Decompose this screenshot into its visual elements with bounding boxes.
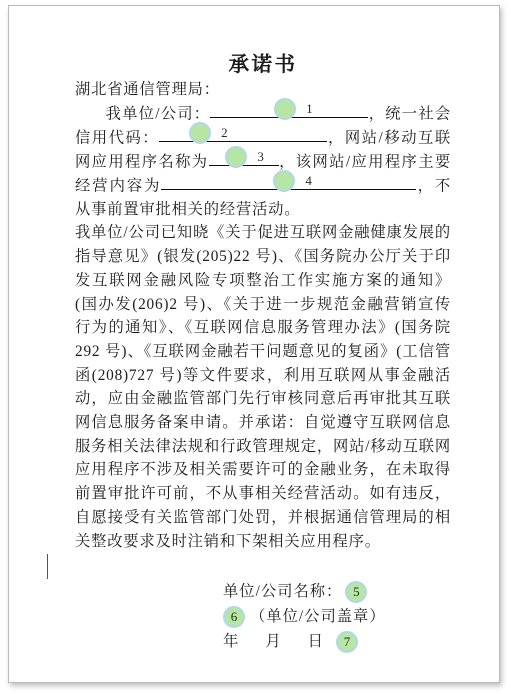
company-name-label: 单位/公司名称： [223,583,342,600]
sig-date-line: 年月日7 [223,629,451,654]
day-label: 日 [308,633,324,650]
marker-5: 5 [345,581,367,603]
marker-7: 7 [336,631,358,653]
document-page: 承诺书 湖北省通信管理局： 我单位/公司：1，统一社会信用代码：2，网站/移动互… [8,5,500,683]
document-title: 承诺书 [75,52,451,78]
sig-name-line: 单位/公司名称：5 [223,579,451,604]
marker-1: 1 [274,98,296,120]
intro-seg1: 我单位/公司： [106,105,211,122]
commitment-paragraph: 我单位/公司已知晓《关于促进互联网金融健康发展的指导意见》(银发(205)22 … [75,221,451,553]
app-name-field[interactable]: 3 [209,150,279,166]
marker-2: 2 [189,122,211,144]
business-content-field[interactable]: 4 [161,174,416,190]
sig-seal-line: 6（单位/公司盖章） [223,604,451,629]
signature-block: 单位/公司名称：5 6（单位/公司盖章） 年月日7 [223,579,451,654]
marker-6: 6 [223,606,245,628]
company-name-field[interactable]: 1 [210,102,368,118]
salutation: 湖北省通信管理局： [75,78,451,102]
document-body: 湖北省通信管理局： 我单位/公司：1，统一社会信用代码：2，网站/移动互联网应用… [75,78,451,654]
intro-paragraph: 我单位/公司：1，统一社会信用代码：2，网站/移动互联网应用程序名称为3，该网站… [75,102,451,222]
text-caret[interactable] [47,554,48,579]
month-label: 月 [265,633,281,650]
year-label: 年 [223,633,239,650]
marker-3: 3 [225,146,247,168]
seal-label: （单位/公司盖章） [250,608,386,625]
marker-4: 4 [273,170,295,192]
caret-row [75,553,451,577]
credit-code-field[interactable]: 2 [159,126,327,142]
